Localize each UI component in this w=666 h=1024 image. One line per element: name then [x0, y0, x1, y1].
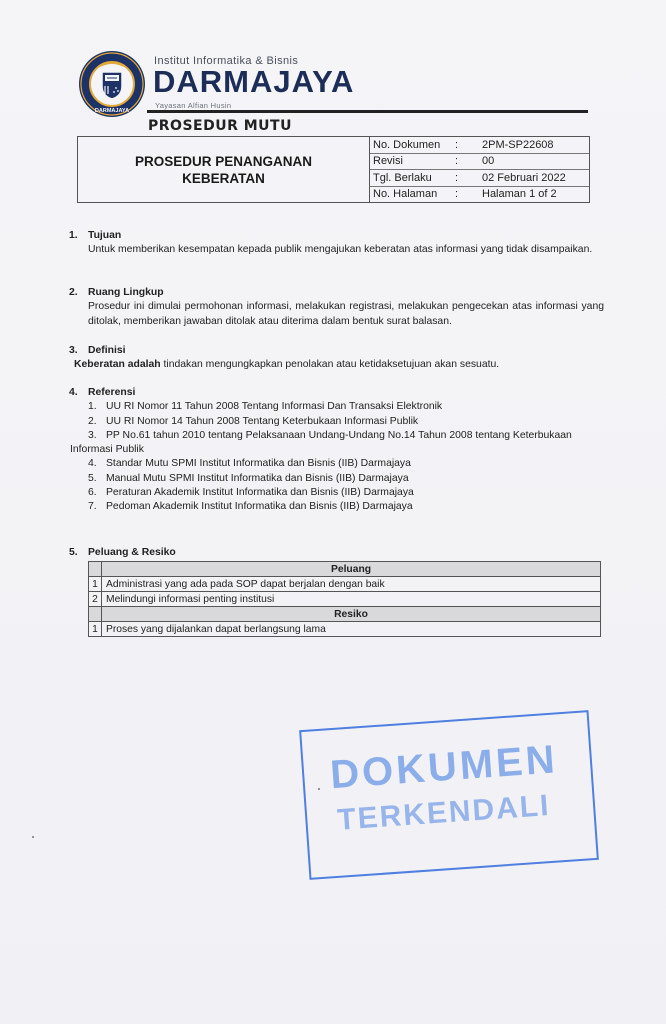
foundation-name: Yayasan Alfian Husin	[155, 101, 231, 110]
scan-speck	[32, 836, 34, 838]
meta-separator: :	[455, 188, 482, 200]
meta-row-tgl-berlaku: Tgl. Berlaku : 02 Februari 2022	[370, 170, 589, 187]
title-block: PROSEDUR PENANGANAN KEBERATAN No. Dokume…	[77, 136, 590, 203]
section-body: Untuk memberikan kesempatan kepada publi…	[69, 243, 604, 257]
section-peluang-resiko: 5.Peluang & Resiko	[69, 546, 604, 560]
section-number: 5.	[69, 546, 88, 560]
section-tujuan: 1.Tujuan Untuk memberikan kesempatan kep…	[69, 229, 604, 258]
section-body: Prosedur ini dimulai permohonan informas…	[69, 300, 604, 329]
brand-name: DARMAJAYA	[153, 66, 354, 97]
table-row: 1 Administrasi yang ada pada SOP dapat b…	[89, 577, 601, 592]
section-title: Ruang Lingkup	[88, 286, 164, 300]
document-category: PROSEDUR MUTU	[148, 118, 292, 134]
reference-item-continuation: Informasi Publik	[70, 443, 604, 457]
definition-term: Keberatan adalah	[74, 359, 161, 370]
reference-item: 1.UU RI Nomor 11 Tahun 2008 Tentang Info…	[88, 400, 604, 414]
reference-item: 7.Pedoman Akademik Institut Informatika …	[88, 500, 604, 514]
reference-item: 3.PP No.61 tahun 2010 tentang Pelaksanaa…	[88, 429, 604, 443]
reference-item: 5.Manual Mutu SPMI Institut Informatika …	[88, 472, 604, 486]
section-number: 2.	[69, 286, 88, 300]
title-line-2: KEBERATAN	[135, 170, 312, 187]
meta-row-revisi: Revisi : 00	[370, 154, 589, 171]
table-row: 1 Proses yang dijalankan dapat berlangsu…	[89, 622, 601, 637]
meta-separator: :	[455, 155, 482, 167]
header-rule	[147, 110, 588, 113]
controlled-document-stamp: DOKUMEN TERKENDALI	[299, 710, 599, 880]
peluang-header: Peluang	[102, 562, 601, 577]
meta-separator: :	[455, 172, 482, 184]
section-number: 3.	[69, 344, 88, 358]
section-title: Peluang & Resiko	[88, 546, 176, 560]
section-title: Tujuan	[88, 229, 121, 243]
definition-body: tindakan mengungkapkan penolakan atau ke…	[161, 359, 500, 370]
meta-row-no-dokumen: No. Dokumen : 2PM-SP22608	[370, 137, 589, 154]
document-page: DARMAJAYA Institut Informatika & Bisnis …	[0, 0, 666, 1024]
reference-item: 4.Standar Mutu SPMI Institut Informatika…	[88, 457, 604, 471]
meta-value: 2PM-SP22608	[482, 139, 589, 151]
definition-text: Keberatan adalah tindakan mengungkapkan …	[69, 358, 604, 372]
title-line-1: PROSEDUR PENANGANAN	[135, 153, 312, 170]
table-row: 2 Melindungi informasi penting institusi	[89, 592, 601, 607]
document-title: PROSEDUR PENANGANAN KEBERATAN	[78, 137, 370, 202]
reference-item: 2.UU RI Nomor 14 Tahun 2008 Tentang Kete…	[88, 415, 604, 429]
meta-value: 00	[482, 155, 589, 167]
peluang-resiko-table: Peluang 1 Administrasi yang ada pada SOP…	[88, 561, 601, 637]
section-number: 1.	[69, 229, 88, 243]
reference-list: 1.UU RI Nomor 11 Tahun 2008 Tentang Info…	[69, 400, 604, 514]
scan-speck	[318, 788, 320, 790]
meta-key: No. Halaman	[370, 188, 455, 200]
meta-value: Halaman 1 of 2	[482, 188, 589, 200]
section-title: Referensi	[88, 386, 135, 400]
meta-key: Tgl. Berlaku	[370, 172, 455, 184]
reference-item: 6.Peraturan Akademik Institut Informatik…	[88, 486, 604, 500]
darmajaya-logo-icon: DARMAJAYA	[78, 50, 146, 118]
peluang-header-row: Peluang	[89, 562, 601, 577]
svg-text:DARMAJAYA: DARMAJAYA	[95, 108, 129, 114]
meta-key: Revisi	[370, 155, 455, 167]
meta-separator: :	[455, 139, 482, 151]
resiko-header-row: Resiko	[89, 607, 601, 622]
section-definisi: 3.Definisi Keberatan adalah tindakan men…	[69, 344, 604, 373]
document-meta: No. Dokumen : 2PM-SP22608 Revisi : 00 Tg…	[370, 137, 589, 202]
resiko-header: Resiko	[102, 607, 601, 622]
section-referensi: 4.Referensi 1.UU RI Nomor 11 Tahun 2008 …	[69, 386, 604, 515]
meta-value: 02 Februari 2022	[482, 172, 589, 184]
section-number: 4.	[69, 386, 88, 400]
meta-key: No. Dokumen	[370, 139, 455, 151]
meta-row-no-halaman: No. Halaman : Halaman 1 of 2	[370, 187, 589, 203]
section-title: Definisi	[88, 344, 126, 358]
section-ruang-lingkup: 2.Ruang Lingkup Prosedur ini dimulai per…	[69, 286, 604, 329]
